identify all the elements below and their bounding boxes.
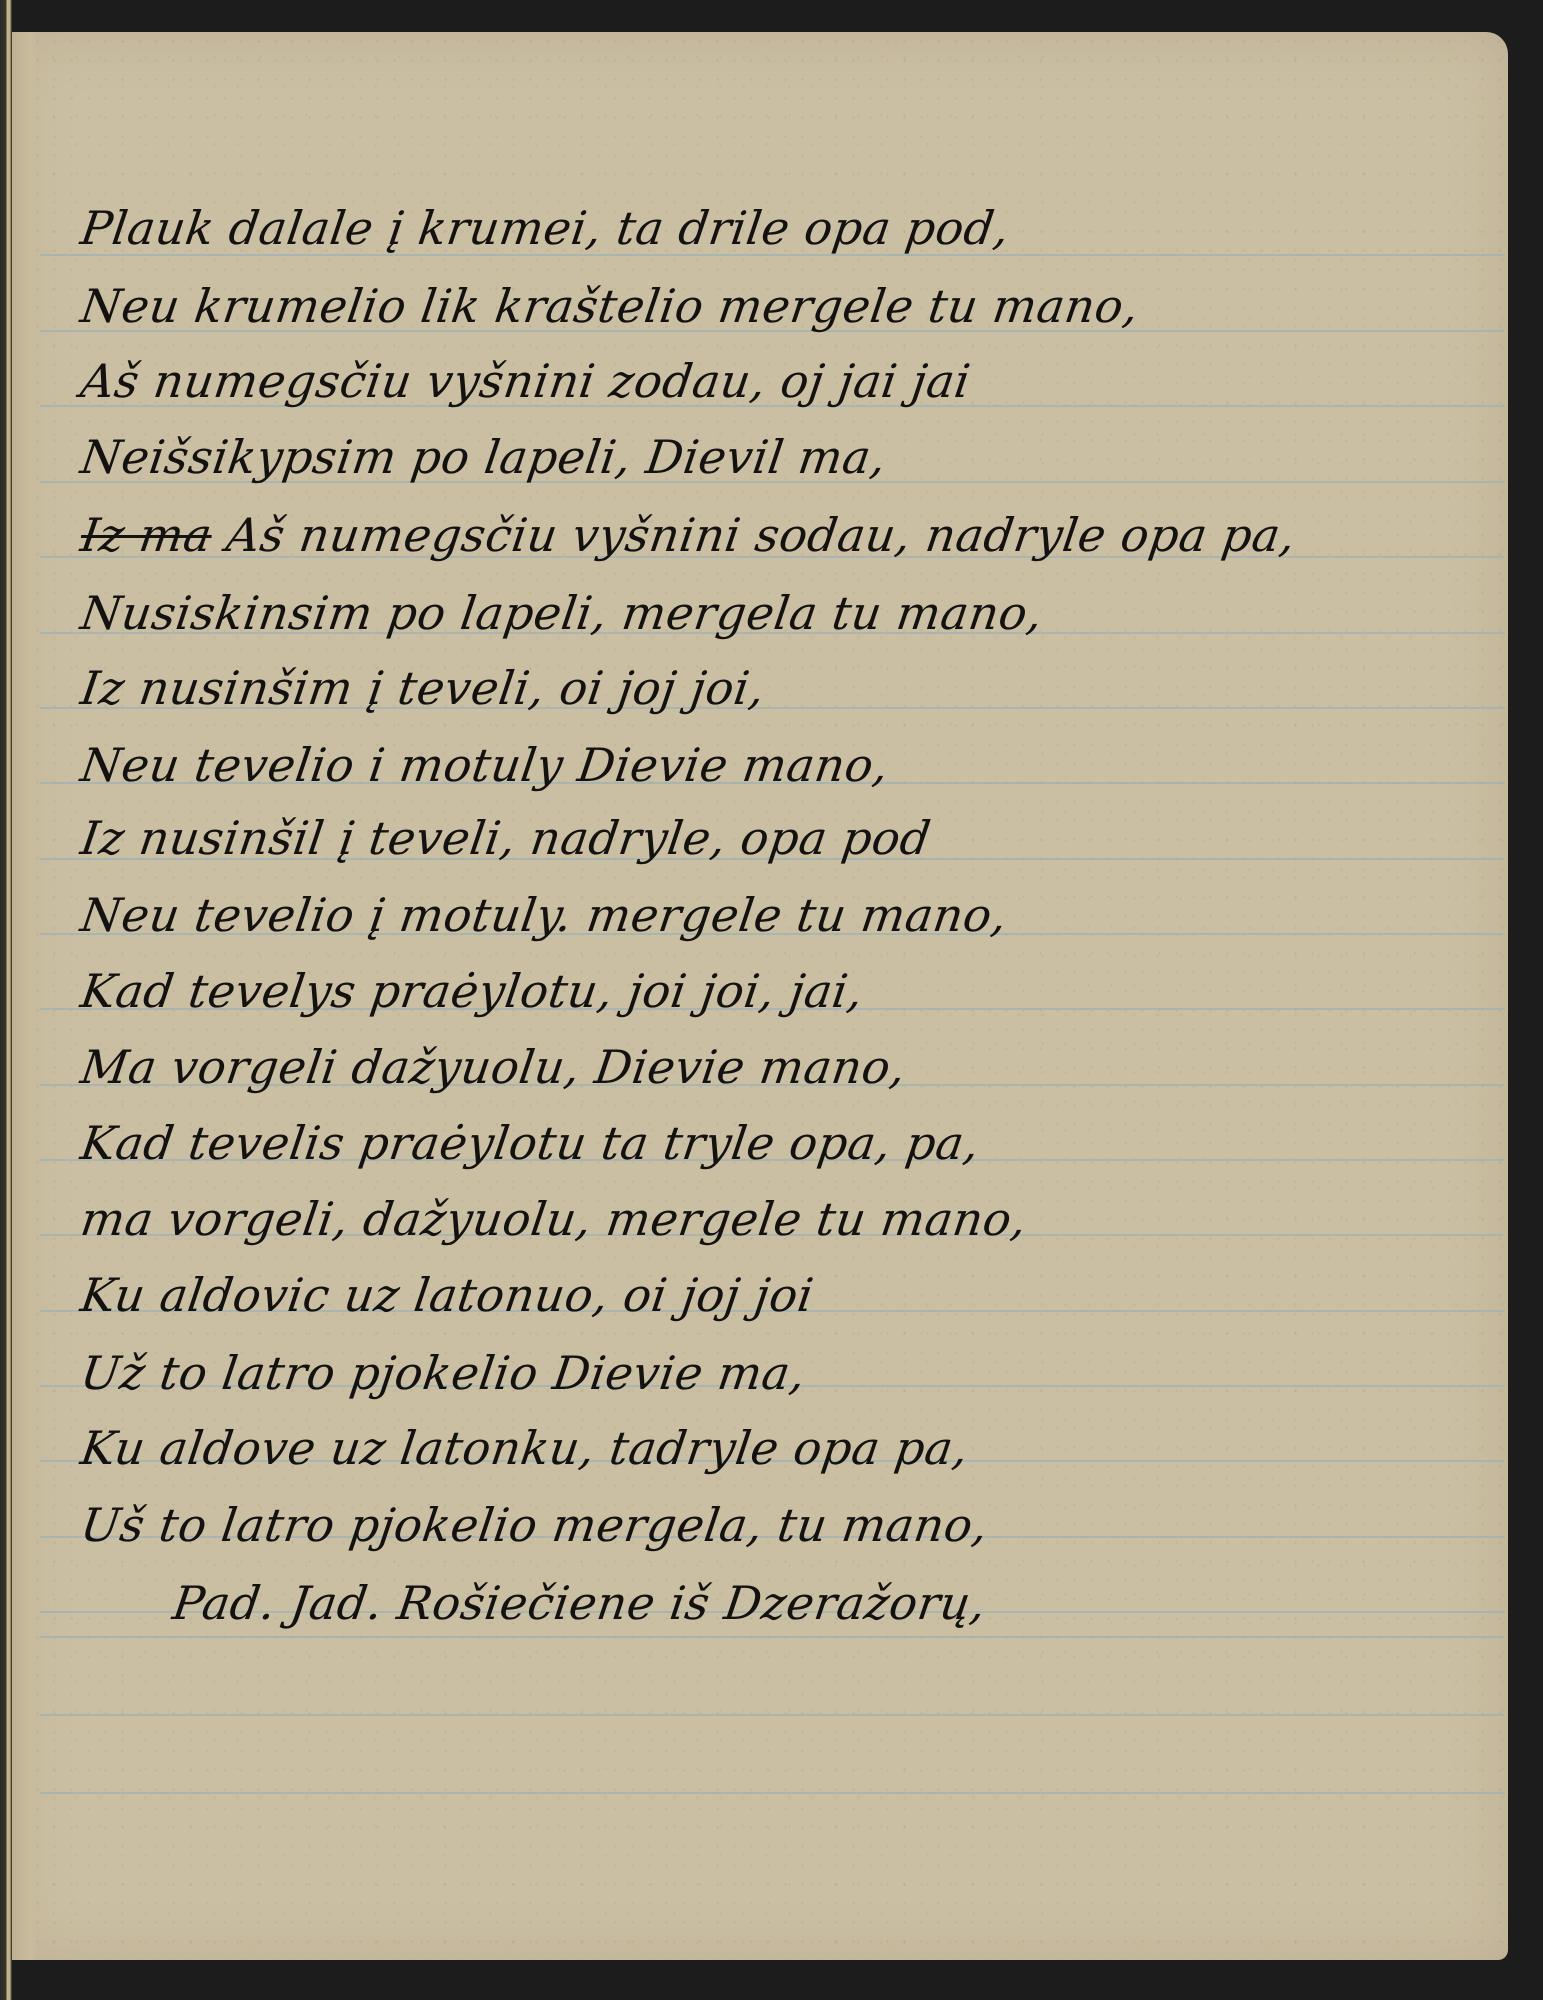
handwritten-line-4: Neišsikypsim po lapeli, Dievil ma, — [78, 434, 889, 480]
handwritten-line-6: Nusiskinsim po lapeli, mergela tu mano, — [78, 590, 1046, 636]
handwritten-line-12: Ma vorgeli dažyuolu, Dievie mano, — [78, 1044, 909, 1090]
handwritten-line-13: Kad tevelis praėylotu ta tryle opa, pa, — [78, 1120, 982, 1166]
handwritten-line-11: Kad tevelys praėylotu, joi joi, jai, — [78, 968, 866, 1014]
line-text: Aš numegsčiu vyšnini sodau, nadryle opa … — [223, 508, 1299, 562]
ruled-line — [40, 1714, 1505, 1716]
handwritten-line-18: Uš to latro pjokelio mergela, tu mano, — [78, 1502, 991, 1548]
handwritten-line-3: Aš numegsčiu vyšnini zodau, oj jai jai — [78, 358, 973, 404]
handwritten-line-17: Ku aldove uz latonku, tadryle opa pa, — [78, 1425, 971, 1471]
ruled-line — [40, 1636, 1505, 1638]
handwritten-line-9: Iz nusinšil į teveli, nadryle, opa pod — [78, 815, 934, 861]
page-gutter — [12, 32, 38, 1960]
handwritten-line-14: ma vorgeli, dažyuolu, mergele tu mano, — [78, 1196, 1030, 1242]
handwritten-line-16: Už to latro pjokelio Dievie ma, — [78, 1350, 809, 1396]
handwritten-line-2: Neu krumelio lik kraštelio mergele tu ma… — [78, 283, 1142, 329]
handwritten-line-10: Neu tevelio į motuly. mergele tu mano, — [78, 892, 1010, 938]
struck-out-text: Iz ma — [77, 508, 215, 562]
notebook-binding — [0, 0, 12, 2000]
signature-line: Pad. Jad. Rošiečiene iš Dzeražorų, — [170, 1580, 989, 1626]
handwritten-line-15: Ku aldovic uz latonuo, oi joj joi — [78, 1272, 816, 1318]
ruled-line — [40, 1792, 1505, 1794]
handwritten-line-8: Neu tevelio i motuly Dievie mano, — [78, 742, 892, 788]
handwritten-line-7: Iz nusinšim į teveli, oi joj joi, — [78, 665, 768, 711]
handwritten-line-1: Plauk dalale į krumei, ta drile opa pod, — [78, 205, 1012, 251]
handwritten-line-5: Iz ma Aš numegsčiu vyšnini sodau, nadryl… — [78, 512, 1299, 558]
